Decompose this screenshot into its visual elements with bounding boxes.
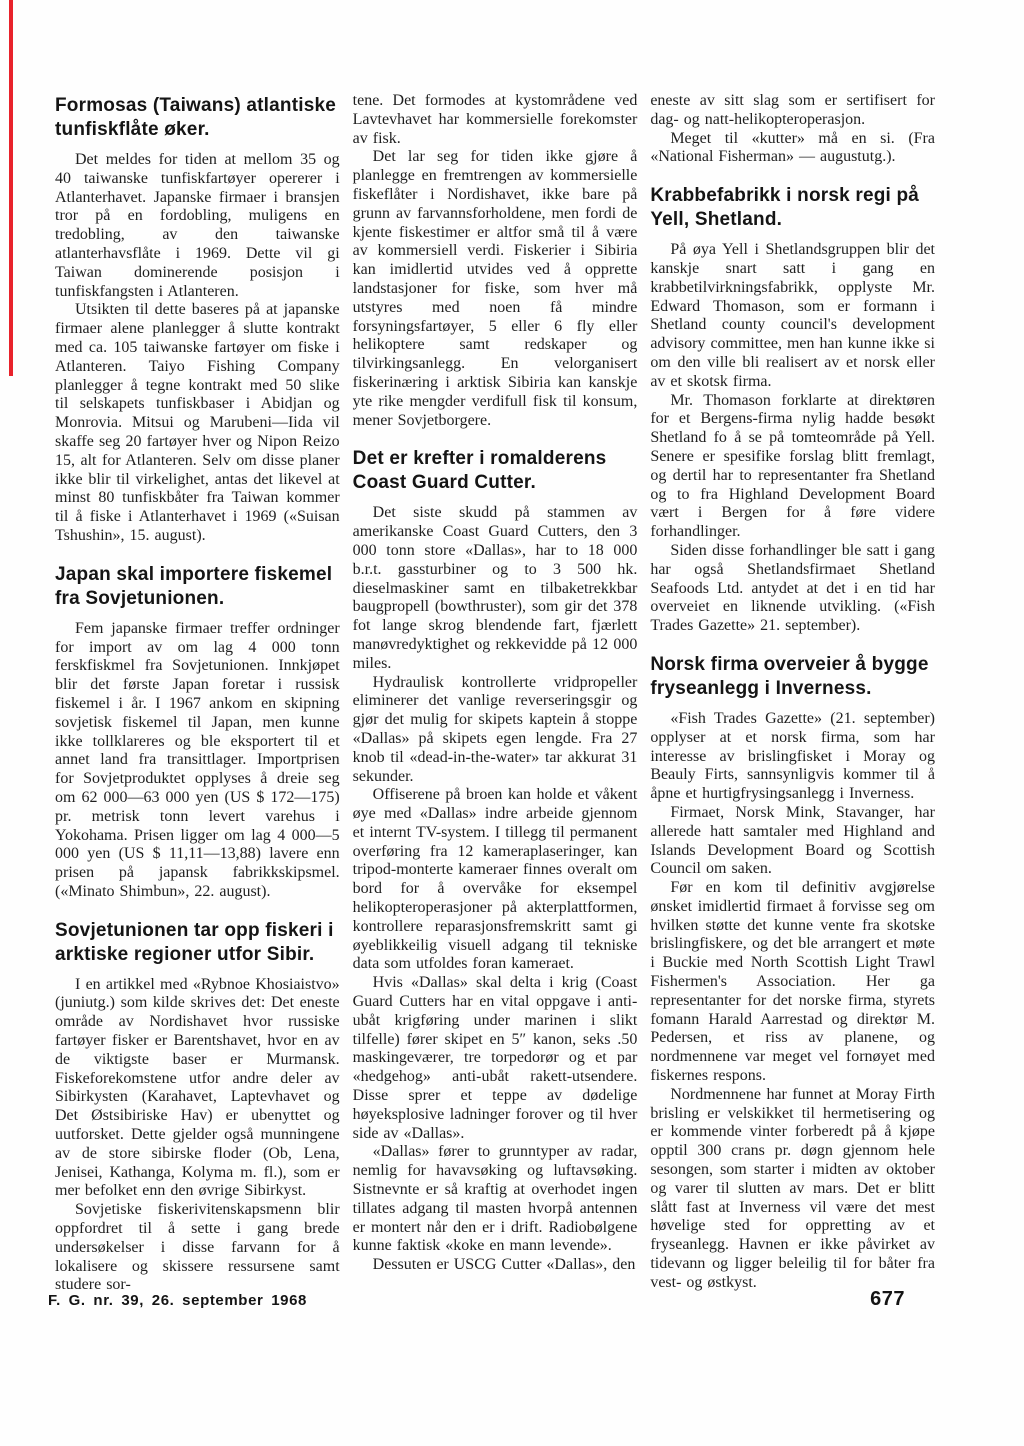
paragraph: Det siste skudd på stammen av amerikansk… <box>353 504 638 673</box>
paragraph: Siden disse forhandlinger ble satt i gan… <box>650 542 935 636</box>
paragraph: Utsikten til dette baseres på at japansk… <box>55 301 340 545</box>
paragraph: Dessuten er USCG Cutter «Dallas», den <box>353 1256 638 1275</box>
column-right: eneste av sitt slag som er sertifisert f… <box>650 92 935 1295</box>
column-middle: tene. Det formodes at kystområdene ved L… <box>353 92 638 1295</box>
page-footer: F. G. nr. 39, 26. september 1968 677 <box>48 1288 905 1311</box>
paragraph: Nordmennene har funnet at Moray Firth br… <box>650 1086 935 1293</box>
article-heading: Formosas (Taiwans) atlantiske tunfiskflå… <box>55 94 340 142</box>
paragraph: «Dallas» fører to grunntyper av radar, n… <box>353 1143 638 1256</box>
paragraph: «Fish Trades Gazette» (21. september) op… <box>650 710 935 804</box>
article-heading: Japan skal importere fiskemel fra Sovjet… <box>55 563 340 611</box>
page-number: 677 <box>870 1288 905 1311</box>
paragraph: Det lar seg for tiden ikke gjøre å planl… <box>353 148 638 430</box>
paragraph: tene. Det formodes at kystområdene ved L… <box>353 92 638 148</box>
paragraph: På øya Yell i Shetlandsgruppen blir det … <box>650 241 935 391</box>
paragraph: Mr. Thomason forklarte at direktøren for… <box>650 392 935 542</box>
article-heading: Norsk firma overveier å bygge fryseanleg… <box>650 653 935 701</box>
article-heading: Sovjetunionen tar opp fiskeri i arktiske… <box>55 919 340 967</box>
paragraph: I en artikkel med «Rybnoe Khosiaistvo» (… <box>55 976 340 1202</box>
paragraph: eneste av sitt slag som er sertifisert f… <box>650 92 935 130</box>
column-left: Formosas (Taiwans) atlantiske tunfiskflå… <box>55 92 340 1295</box>
article-columns: Formosas (Taiwans) atlantiske tunfiskflå… <box>55 92 935 1295</box>
paragraph: Fem japanske firmaer treffer ordninger f… <box>55 620 340 902</box>
issue-info: F. G. nr. 39, 26. september 1968 <box>48 1292 307 1309</box>
red-margin-line <box>9 0 13 376</box>
paragraph: Før en kom til definitiv avgjørelse ønsk… <box>650 879 935 1086</box>
paragraph: Hvis «Dallas» skal delta i krig (Coast G… <box>353 974 638 1143</box>
article-heading: Krabbefabrikk i norsk regi på Yell, Shet… <box>650 184 935 232</box>
paragraph: Det meldes for tiden at mellom 35 og 40 … <box>55 151 340 301</box>
article-heading: Det er krefter i romalderens Coast Guard… <box>353 447 638 495</box>
paragraph: Meget til «kutter» må en si. (Fra «Natio… <box>650 130 935 168</box>
paragraph: Sovjetiske fiskerivitenskapsmenn blir op… <box>55 1201 340 1295</box>
paragraph: Firmaet, Norsk Mink, Stavanger, har alle… <box>650 804 935 879</box>
paragraph: Offiserene på broen kan holde et våkent … <box>353 786 638 974</box>
paragraph: Hydraulisk kontrollerte vridpropeller el… <box>353 674 638 787</box>
journal-page: { "page": { "background": "#fefefe", "te… <box>0 0 1024 1446</box>
